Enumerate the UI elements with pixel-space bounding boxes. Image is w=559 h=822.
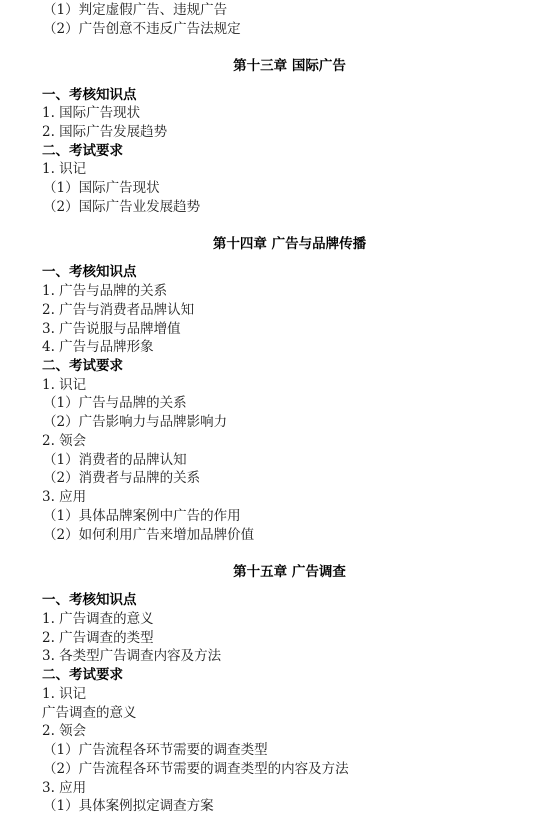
- list-item: （2）广告创意不违反广告法规定: [43, 20, 241, 38]
- list-item: （2）消费者与品牌的关系: [43, 469, 200, 487]
- list-item: （1）消费者的品牌认知: [43, 451, 187, 469]
- list-item: 3. 应用: [42, 779, 86, 797]
- list-item: （2）广告流程各环节需要的调查类型的内容及方法: [43, 760, 349, 778]
- section-heading: 一、考核知识点: [42, 263, 137, 281]
- list-item: 1. 广告与品牌的关系: [42, 282, 167, 300]
- list-item: 1. 识记: [42, 376, 86, 394]
- list-item: 1. 广告调查的意义: [42, 610, 154, 628]
- chapter-title: 第十五章 广告调查: [0, 563, 559, 581]
- section-heading: 二、考试要求: [42, 142, 123, 160]
- chapter-title: 第十三章 国际广告: [0, 57, 559, 75]
- list-item: （1）广告流程各环节需要的调查类型: [43, 741, 268, 759]
- list-item: （2）国际广告业发展趋势: [43, 198, 200, 216]
- list-item: 3. 各类型广告调查内容及方法: [42, 647, 221, 665]
- section-heading: 二、考试要求: [42, 666, 123, 684]
- list-item: 2. 领会: [42, 432, 86, 450]
- list-item: 广告调查的意义: [42, 704, 137, 722]
- list-item: 3. 应用: [42, 488, 86, 506]
- list-item: 1. 识记: [42, 685, 86, 703]
- list-item: 2. 广告与消费者品牌认知: [42, 301, 194, 319]
- chapter-title: 第十四章 广告与品牌传播: [0, 235, 559, 253]
- list-item: 1. 识记: [42, 160, 86, 178]
- list-item: （1）具体品牌案例中广告的作用: [43, 507, 241, 525]
- list-item: （2）如何利用广告来增加品牌价值: [43, 526, 254, 544]
- list-item: 2. 领会: [42, 722, 86, 740]
- list-item: 1. 国际广告现状: [42, 104, 140, 122]
- list-item: （2）广告影响力与品牌影响力: [43, 413, 227, 431]
- list-item: （1）国际广告现状: [43, 179, 160, 197]
- section-heading: 一、考核知识点: [42, 591, 137, 609]
- list-item: 2. 广告调查的类型: [42, 629, 154, 647]
- section-heading: 一、考核知识点: [42, 86, 137, 104]
- list-item: 4. 广告与品牌形象: [42, 338, 154, 356]
- list-item: 2. 国际广告发展趋势: [42, 123, 167, 141]
- list-item: （1）具体案例拟定调查方案: [43, 797, 214, 815]
- list-item: 3. 广告说服与品牌增值: [42, 320, 181, 338]
- list-item: （1）广告与品牌的关系: [43, 394, 187, 412]
- section-heading: 二、考试要求: [42, 357, 123, 375]
- list-item: （1）判定虚假广告、违规广告: [43, 1, 227, 19]
